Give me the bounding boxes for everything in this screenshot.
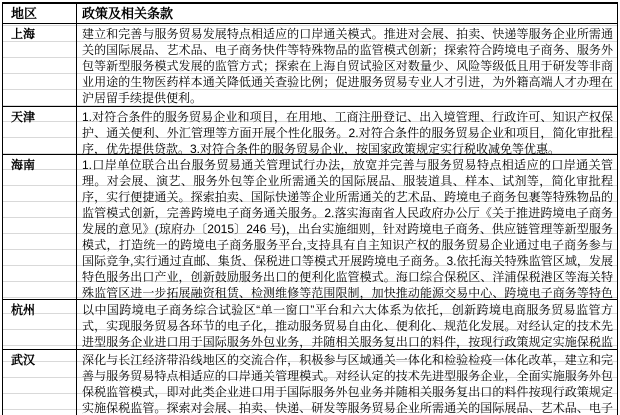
policy-table: 地区 政策及相关条款 上海 建立和完善与服务贸易发展特点相适应的口岸通关模式。推… — [2, 2, 618, 415]
region-cell: 海南 — [3, 155, 77, 299]
policy-cell: 深化与长江经济带沿线地区的交流合作，积极参与区域通关一体化和检验检疫一体化改革，… — [77, 350, 617, 415]
policy-table-sheet: 地区 政策及相关条款 上海 建立和完善与服务贸易发展特点相适应的口岸通关模式。推… — [0, 0, 620, 415]
policy-cell: 1.口岸单位联合出台服务贸易通关管理试行办法，放宽并完善与服务贸易特点相适应的口… — [77, 155, 617, 299]
region-cell: 武汉 — [3, 350, 77, 415]
table-header-row: 地区 政策及相关条款 — [3, 4, 617, 24]
header-region: 地区 — [3, 4, 77, 23]
table-row-tianjin: 天津 1.对符合条件的服务贸易企业和项目，在用地、工商注册登记、出入境管理、行政… — [3, 107, 617, 155]
policy-cell: 1.对符合条件的服务贸易企业和项目，在用地、工商注册登记、出入境管理、行政许可、… — [77, 107, 617, 154]
header-policy: 政策及相关条款 — [77, 4, 617, 23]
table-row-hainan: 海南 1.口岸单位联合出台服务贸易通关管理试行办法，放宽并完善与服务贸易特点相适… — [3, 155, 617, 300]
region-cell: 杭州 — [3, 300, 77, 349]
region-cell: 天津 — [3, 107, 77, 154]
table-row-shanghai: 上海 建立和完善与服务贸易发展特点相适应的口岸通关模式。推进对会展、拍卖、快递等… — [3, 24, 617, 107]
table-row-hangzhou: 杭州 以中国跨境电子商务综合试验区“单一窗口”平台和六大体系为依托，创新跨境电商… — [3, 300, 617, 350]
table-row-wuhan: 武汉 深化与长江经济带沿线地区的交流合作，积极参与区域通关一体化和检验检疫一体化… — [3, 350, 617, 415]
policy-cell: 以中国跨境电子商务综合试验区“单一窗口”平台和六大体系为依托，创新跨境电商服务贸… — [77, 300, 617, 349]
region-cell: 上海 — [3, 24, 77, 106]
policy-cell: 建立和完善与服务贸易发展特点相适应的口岸通关模式。推进对会展、拍卖、快递等服务企… — [77, 24, 617, 106]
